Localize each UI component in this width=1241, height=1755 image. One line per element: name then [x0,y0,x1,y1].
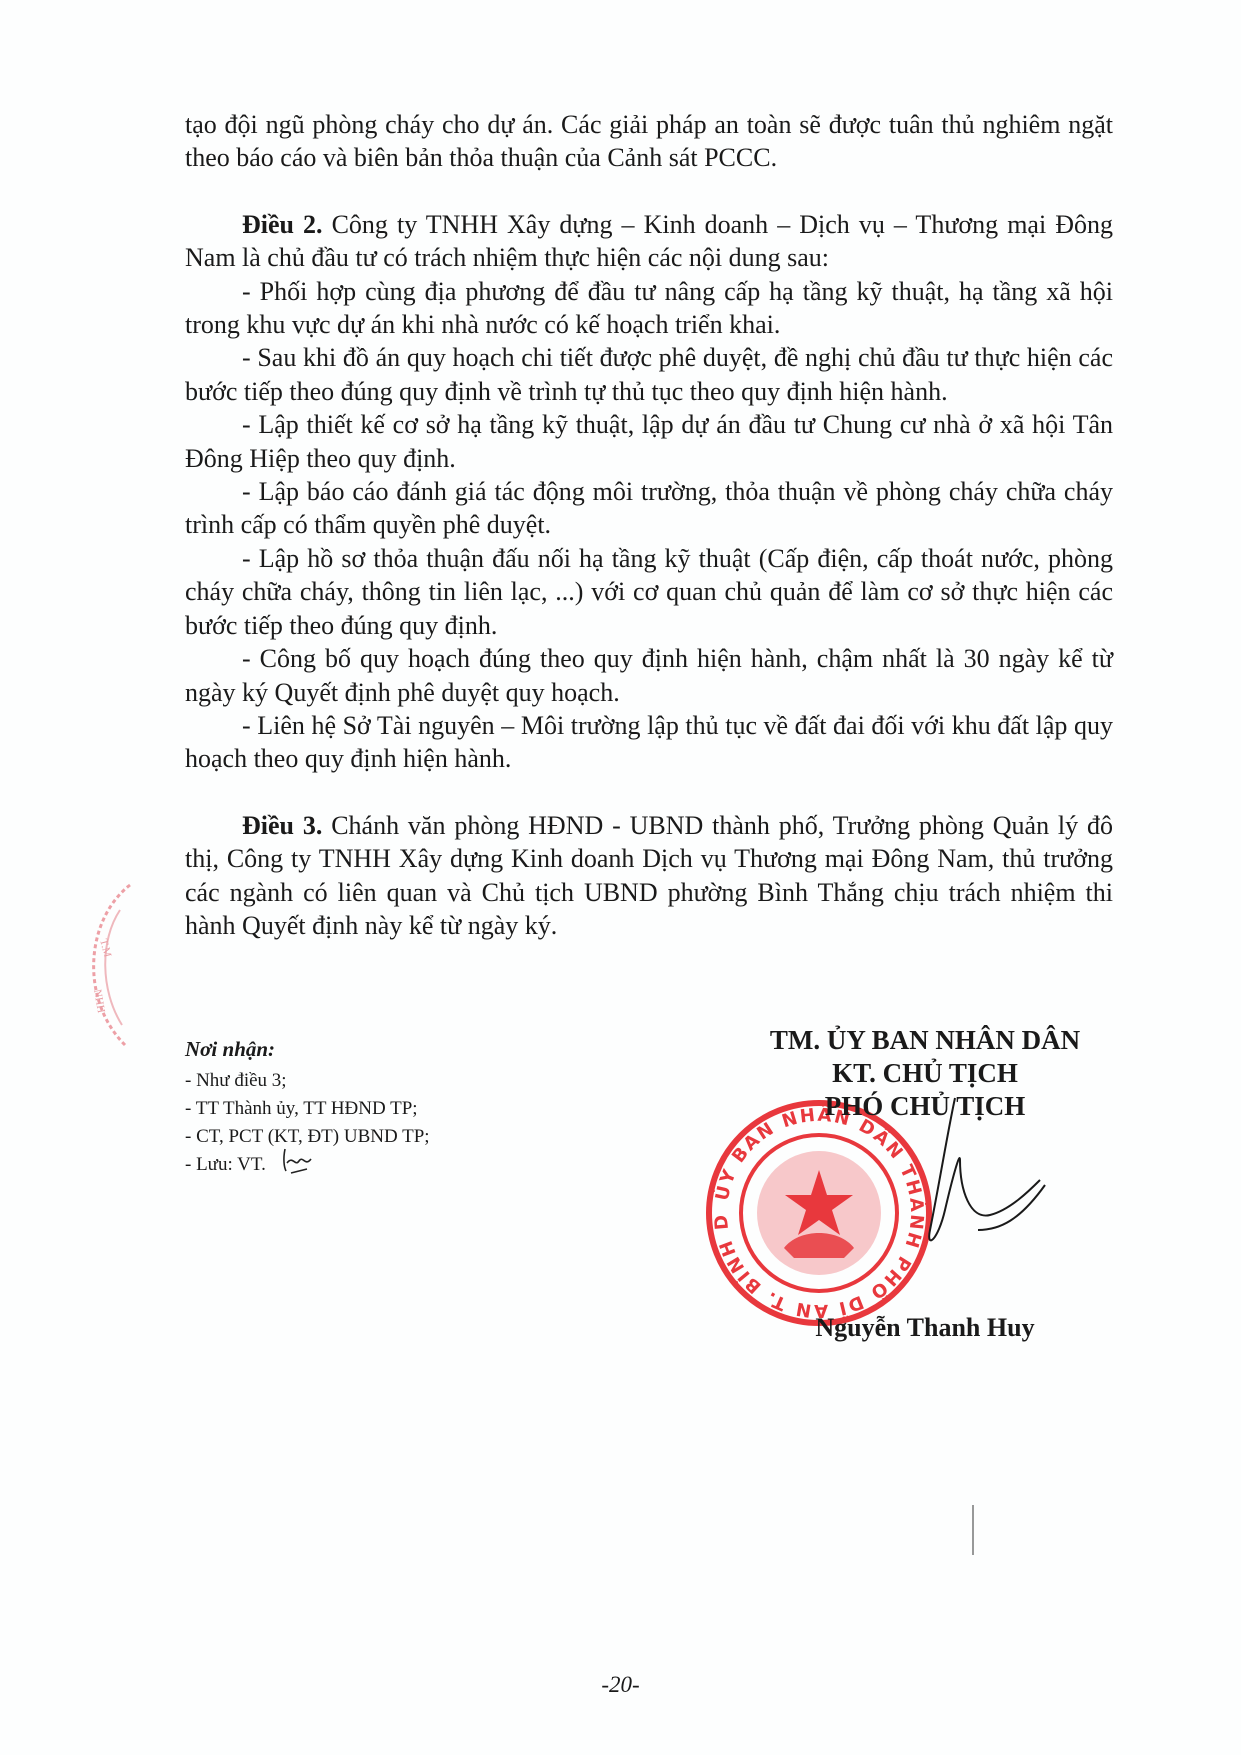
paragraph: - Sau khi đồ án quy hoạch chi tiết được … [185,341,1113,408]
recipient-item: - Lưu: VT. [185,1151,430,1179]
article-paragraph: Điều 3. Chánh văn phòng HĐND - UBND thàn… [185,809,1113,943]
article-paragraph: Điều 2. Công ty TNHH Xây dựng – Kinh doa… [185,208,1113,275]
paragraph: - Lập thiết kế cơ sở hạ tầng kỹ thuật, l… [185,408,1113,475]
paragraph: tạo đội ngũ phòng cháy cho dự án. Các gi… [185,108,1113,175]
paragraph-text: Công ty TNHH Xây dựng – Kinh doanh – Dịc… [185,210,1113,272]
paragraph-text: - Lập hồ sơ thỏa thuận đấu nối hạ tầng k… [185,544,1113,640]
title-line: PHÓ CHỦ TỊCH [740,1090,1110,1123]
paragraph: - Công bố quy hoạch đúng theo quy định h… [185,642,1113,709]
paragraph-text: - Công bố quy hoạch đúng theo quy định h… [185,644,1113,706]
paragraph-text: - Liên hệ Sở Tài nguyên – Môi trường lập… [185,711,1113,773]
paragraph-text: - Phối hợp cùng địa phương để đầu tư nân… [185,277,1113,339]
article-heading: Điều 2. [242,210,323,239]
paragraph: - Lập hồ sơ thỏa thuận đấu nối hạ tầng k… [185,542,1113,642]
margin-mark [972,1505,974,1555]
paragraph-text: tạo đội ngũ phòng cháy cho dự án. Các gi… [185,110,1113,172]
paragraph-gap [185,175,1113,208]
initials-icon [281,1145,321,1175]
margin-stamp-icon: T.M NHH [70,880,140,1050]
paragraph-text: Chánh văn phòng HĐND - UBND thành phố, T… [185,811,1113,940]
article-heading: Điều 3. [242,811,322,840]
document-page: tạo đội ngũ phòng cháy cho dự án. Các gi… [0,0,1241,1755]
paragraph-gap [185,776,1113,809]
signer-name: Nguyễn Thanh Huy [740,1313,1110,1343]
recipients-list: Nơi nhận: - Như điều 3; - TT Thành ủy, T… [185,1035,430,1179]
paragraph: - Liên hệ Sở Tài nguyên – Môi trường lập… [185,709,1113,776]
recipient-item: - Như điều 3; [185,1067,430,1095]
recipient-item: - TT Thành ủy, TT HĐND TP; [185,1095,430,1123]
paragraph-text: - Lập thiết kế cơ sở hạ tầng kỹ thuật, l… [185,410,1113,472]
page-number: -20- [0,1672,1241,1698]
paragraph-text: - Lập báo cáo đánh giá tác động môi trườ… [185,477,1113,539]
paragraph: - Phối hợp cùng địa phương để đầu tư nân… [185,275,1113,342]
paragraph-text: - Sau khi đồ án quy hoạch chi tiết được … [185,343,1113,405]
signature-block: TM. ỦY BAN NHÂN DÂN KT. CHỦ TỊCH PHÓ CHỦ… [740,1024,1110,1123]
paragraph: - Lập báo cáo đánh giá tác động môi trườ… [185,475,1113,542]
document-body: tạo đội ngũ phòng cháy cho dự án. Các gi… [185,108,1113,942]
position-line: KT. CHỦ TỊCH [740,1057,1110,1090]
recipients-title: Nơi nhận: [185,1035,430,1063]
svg-text:NHH: NHH [91,988,107,1014]
svg-text:T.M: T.M [97,938,113,959]
org-line: TM. ỦY BAN NHÂN DÂN [740,1024,1110,1057]
